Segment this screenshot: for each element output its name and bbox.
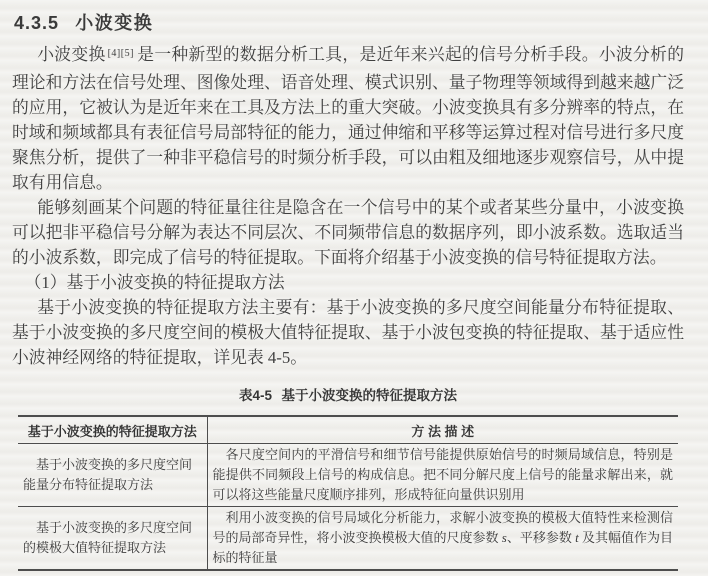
list-item-1-heading: （1）基于小波变换的特征提取方法: [12, 270, 684, 295]
section-heading: 4.3.5小波变换: [14, 10, 684, 36]
table-row-energy-distribution: 基于小波变换的多尺度空间能量分布特征提取方法 各尺度空间内的平滑信号和细节信号能…: [18, 444, 678, 507]
method-description: 各尺度空间内的平滑信号和细节信号能提供原始信号的时频局域信息，特别是能提供不同频…: [213, 445, 674, 505]
paragraph-method-overview: 基于小波变换的特征提取方法主要有：基于小波变换的多尺度空间能量分布特征提取、基于…: [12, 295, 684, 370]
description-part-2: 、平移参数: [507, 530, 575, 545]
table-row-modulus-maxima: 基于小波变换的多尺度空间的模极大值特征提取方法 利用小波变换的信号局域化分析能力…: [18, 507, 678, 571]
table-header-description: 方 法 描 述: [207, 416, 678, 444]
feature-extraction-methods-table: 基于小波变换的特征提取方法 方 法 描 述 基于小波变换的多尺度空间能量分布特征…: [18, 415, 678, 571]
method-name: 基于小波变换的多尺度空间能量分布特征提取方法: [23, 455, 202, 495]
paragraph-feature-quantity: 能够刻画某个问题的特征量往往是隐含在一个信号中的某个或者某些分量中，小波变换可以…: [12, 195, 684, 270]
table-header-row: 基于小波变换的特征提取方法 方 法 描 述: [18, 416, 678, 444]
citation-marker: [4][5]: [108, 48, 134, 59]
method-name: 基于小波变换的多尺度空间的模极大值特征提取方法: [23, 518, 202, 558]
description-cell: 利用小波变换的信号局域化分析能力，求解小波变换的模极大值特性来检测信号的局部奇异…: [207, 507, 678, 571]
method-cell: 基于小波变换的多尺度空间的模极大值特征提取方法: [18, 507, 207, 571]
document-page: 4.3.5小波变换 小波变换[4][5]是一种新型的数据分析工具，是近年来兴起的…: [0, 0, 708, 571]
paragraph-intro-lead: 小波变换: [37, 45, 105, 64]
description-cell: 各尺度空间内的平滑信号和细节信号能提供原始信号的时频局域信息，特别是能提供不同频…: [207, 444, 678, 507]
paragraph-intro: 小波变换[4][5]是一种新型的数据分析工具，是近年来兴起的信号分析手段。小波分…: [12, 42, 684, 195]
table-caption-title: 基于小波变换的特征提取方法: [281, 388, 457, 403]
table-caption-label: 表4-5: [239, 388, 272, 403]
method-cell: 基于小波变换的多尺度空间能量分布特征提取方法: [18, 444, 207, 507]
table-header-method: 基于小波变换的特征提取方法: [18, 416, 207, 444]
section-number: 4.3.5: [14, 13, 59, 33]
table-caption: 表4-5基于小波变换的特征提取方法: [12, 384, 684, 404]
method-description: 利用小波变换的信号局域化分析能力，求解小波变换的模极大值特性来检测信号的局部奇异…: [213, 508, 674, 568]
paragraph-intro-body: 是一种新型的数据分析工具，是近年来兴起的信号分析手段。小波分析的理论和方法在信号…: [12, 45, 684, 192]
section-title: 小波变换: [75, 13, 153, 33]
